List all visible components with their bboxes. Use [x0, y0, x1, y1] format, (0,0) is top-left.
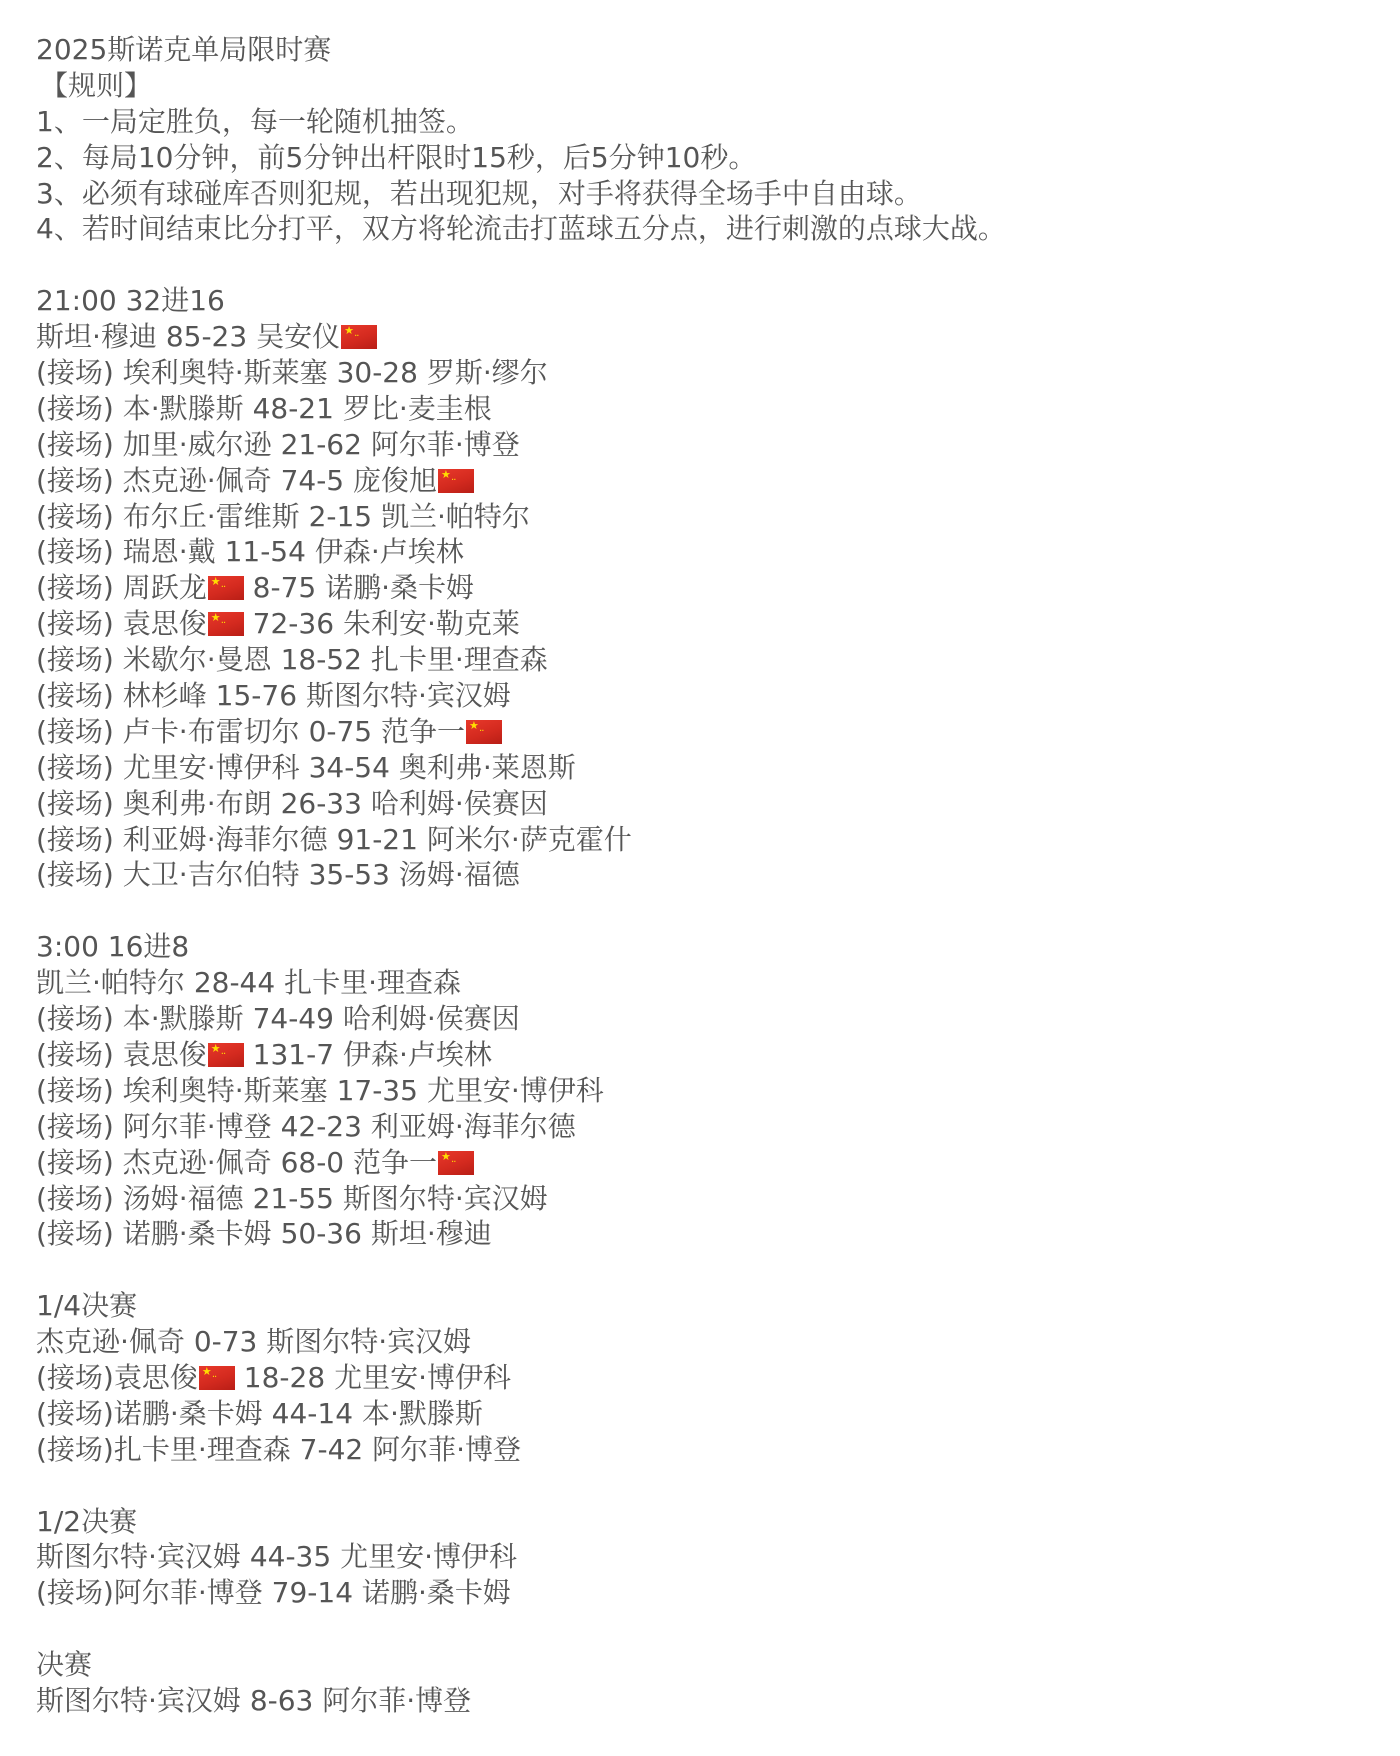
player-1-name: 诺鹏·桑卡姆: [123, 1217, 272, 1250]
match-row: (接场) 本·默滕斯 74-49 哈利姆·侯赛因: [36, 1001, 1006, 1037]
player-1-name: 利亚姆·海菲尔德: [123, 823, 328, 856]
match-row: 斯图尔特·宾汉姆 8-63 阿尔菲·博登: [36, 1683, 1006, 1719]
player-1-name: 本·默滕斯: [123, 392, 244, 425]
match-score: 15-76: [216, 679, 297, 712]
match-row: (接场)阿尔菲·博登 79-14 诺鹏·桑卡姆: [36, 1575, 1006, 1611]
player-1-name: 诺鹏·桑卡姆: [114, 1397, 263, 1430]
match-score: 18-28: [244, 1361, 325, 1394]
match-score: 74-49: [253, 1002, 334, 1035]
match-prefix: (接场): [36, 643, 123, 676]
china-flag-icon: [438, 469, 474, 493]
match-row: (接场) 阿尔菲·博登 42-23 利亚姆·海菲尔德: [36, 1109, 1006, 1145]
rules-heading: 【规则】: [36, 68, 1006, 104]
player-2-name: 汤姆·福德: [399, 858, 520, 891]
match-score: 34-54: [309, 751, 390, 784]
match-row: (接场) 汤姆·福德 21-55 斯图尔特·宾汉姆: [36, 1181, 1006, 1217]
rule-item: 4、若时间结束比分打平，双方将轮流击打蓝球五分点，进行刺激的点球大战。: [36, 211, 1006, 247]
china-flag-icon: [208, 612, 244, 636]
blank-line: [36, 1468, 1006, 1504]
match-row: (接场) 埃利奥特·斯莱塞 30-28 罗斯·缪尔: [36, 355, 1006, 391]
match-row: (接场) 杰克逊·佩奇 68-0 范争一: [36, 1145, 1006, 1181]
round-heading: 21:00 32进16: [36, 283, 1006, 319]
player-1-name: 阿尔菲·博登: [114, 1576, 263, 1609]
match-score: 26-33: [281, 787, 362, 820]
match-row: (接场) 米歇尔·曼恩 18-52 扎卡里·理查森: [36, 642, 1006, 678]
match-score: 79-14: [272, 1576, 353, 1609]
match-row: (接场) 奥利弗·布朗 26-33 哈利姆·侯赛因: [36, 786, 1006, 822]
match-score: 35-53: [309, 858, 390, 891]
round-heading: 3:00 16进8: [36, 929, 1006, 965]
player-2-name: 朱利安·勒克莱: [343, 607, 520, 640]
china-flag-icon: [208, 576, 244, 600]
blank-line: [36, 893, 1006, 929]
blank-line: [36, 247, 1006, 283]
match-prefix: (接场): [36, 1074, 123, 1107]
match-prefix: (接场): [36, 823, 123, 856]
player-1-name: 杰克逊·佩奇: [123, 1146, 272, 1179]
player-1-name: 埃利奥特·斯莱塞: [123, 1074, 328, 1107]
player-1-name: 瑞恩·戴: [123, 535, 216, 568]
match-prefix: (接场): [36, 715, 123, 748]
match-prefix: (接场): [36, 787, 123, 820]
match-prefix: (接场): [36, 535, 123, 568]
player-2-name: 斯坦·穆迪: [371, 1217, 492, 1250]
match-row: (接场)诺鹏·桑卡姆 44-14 本·默滕斯: [36, 1396, 1006, 1432]
match-score: 8-75: [253, 571, 317, 604]
match-score: 44-14: [272, 1397, 353, 1430]
player-2-name: 凯兰·帕特尔: [381, 500, 530, 533]
player-1-name: 埃利奥特·斯莱塞: [123, 356, 328, 389]
player-2-name: 伊森·卢埃林: [343, 1038, 492, 1071]
player-1-name: 大卫·吉尔伯特: [123, 858, 300, 891]
player-1-name: 加里·威尔逊: [123, 428, 272, 461]
player-2-name: 范争一: [381, 715, 465, 748]
match-score: 0-75: [309, 715, 373, 748]
match-score: 21-55: [253, 1182, 334, 1215]
match-score: 2-15: [309, 500, 373, 533]
player-1-name: 阿尔菲·博登: [123, 1110, 272, 1143]
match-prefix: (接场): [36, 1182, 123, 1215]
player-1-name: 袁思俊: [123, 1038, 207, 1071]
player-2-name: 阿尔菲·博登: [371, 428, 520, 461]
player-2-name: 扎卡里·理查森: [371, 643, 548, 676]
match-row: (接场) 卢卡·布雷切尔 0-75 范争一: [36, 714, 1006, 750]
match-row: (接场) 诺鹏·桑卡姆 50-36 斯坦·穆迪: [36, 1216, 1006, 1252]
round-heading: 1/4决赛: [36, 1288, 1006, 1324]
player-1-name: 奥利弗·布朗: [123, 787, 272, 820]
player-2-name: 吴安仪: [256, 320, 340, 353]
rule-item: 3、必须有球碰库否则犯规，若出现犯规，对手将获得全场手中自由球。: [36, 176, 1006, 212]
rounds-container: 21:00 32进16斯坦·穆迪 85-23 吴安仪(接场) 埃利奥特·斯莱塞 …: [36, 247, 1006, 1719]
match-row: (接场) 周跃龙 8-75 诺鹏·桑卡姆: [36, 570, 1006, 606]
match-score: 85-23: [166, 320, 247, 353]
player-1-name: 袁思俊: [114, 1361, 198, 1394]
player-2-name: 伊森·卢埃林: [315, 535, 464, 568]
player-1-name: 米歇尔·曼恩: [123, 643, 272, 676]
player-1-name: 斯坦·穆迪: [36, 320, 157, 353]
player-2-name: 阿尔菲·博登: [372, 1433, 521, 1466]
match-row: 凯兰·帕特尔 28-44 扎卡里·理查森: [36, 965, 1006, 1001]
player-2-name: 阿米尔·萨克霍什: [427, 823, 632, 856]
match-prefix: (接场): [36, 1361, 114, 1394]
match-score: 131-7: [253, 1038, 334, 1071]
match-prefix: (接场): [36, 464, 123, 497]
match-row: (接场) 大卫·吉尔伯特 35-53 汤姆·福德: [36, 857, 1006, 893]
match-prefix: (接场): [36, 392, 123, 425]
rule-item: 2、每局10分钟，前5分钟出杆限时15秒，后5分钟10秒。: [36, 140, 1006, 176]
match-prefix: (接场): [36, 1110, 123, 1143]
match-row: (接场) 袁思俊 72-36 朱利安·勒克莱: [36, 606, 1006, 642]
player-2-name: 斯图尔特·宾汉姆: [343, 1182, 548, 1215]
match-prefix: (接场): [36, 751, 123, 784]
match-score: 50-36: [281, 1217, 362, 1250]
player-2-name: 斯图尔特·宾汉姆: [266, 1325, 471, 1358]
match-score: 74-5: [281, 464, 345, 497]
player-2-name: 诺鹏·桑卡姆: [362, 1576, 511, 1609]
china-flag-icon: [438, 1151, 474, 1175]
match-score: 28-44: [194, 966, 275, 999]
player-2-name: 罗斯·缪尔: [427, 356, 548, 389]
match-score: 0-73: [194, 1325, 258, 1358]
match-prefix: (接场): [36, 356, 123, 389]
china-flag-icon: [208, 1043, 244, 1067]
match-prefix: (接场): [36, 679, 123, 712]
match-row: 斯坦·穆迪 85-23 吴安仪: [36, 319, 1006, 355]
match-prefix: (接场): [36, 1217, 123, 1250]
match-row: (接场) 瑞恩·戴 11-54 伊森·卢埃林: [36, 534, 1006, 570]
player-1-name: 凯兰·帕特尔: [36, 966, 185, 999]
player-2-name: 罗比·麦圭根: [343, 392, 492, 425]
player-2-name: 尤里安·博伊科: [340, 1540, 517, 1573]
round-heading: 决赛: [36, 1647, 1006, 1683]
player-1-name: 林杉峰: [123, 679, 207, 712]
round-heading: 1/2决赛: [36, 1504, 1006, 1540]
player-2-name: 庞俊旭: [353, 464, 437, 497]
player-1-name: 布尔丘·雷维斯: [123, 500, 300, 533]
match-prefix: (接场): [36, 428, 123, 461]
player-2-name: 诺鹏·桑卡姆: [325, 571, 474, 604]
match-score: 44-35: [250, 1540, 331, 1573]
match-prefix: (接场): [36, 607, 123, 640]
player-1-name: 杰克逊·佩奇: [123, 464, 272, 497]
match-score: 68-0: [281, 1146, 345, 1179]
player-1-name: 周跃龙: [123, 571, 207, 604]
player-2-name: 奥利弗·莱恩斯: [399, 751, 576, 784]
match-row: (接场) 尤里安·博伊科 34-54 奥利弗·莱恩斯: [36, 750, 1006, 786]
player-1-name: 袁思俊: [123, 607, 207, 640]
player-2-name: 范争一: [353, 1146, 437, 1179]
player-2-name: 尤里安·博伊科: [427, 1074, 604, 1107]
match-score: 11-54: [225, 535, 306, 568]
player-2-name: 斯图尔特·宾汉姆: [306, 679, 511, 712]
match-score: 18-52: [281, 643, 362, 676]
match-score: 91-21: [337, 823, 418, 856]
match-prefix: (接场): [36, 1002, 123, 1035]
match-prefix: (接场): [36, 1038, 123, 1071]
match-row: 杰克逊·佩奇 0-73 斯图尔特·宾汉姆: [36, 1324, 1006, 1360]
player-2-name: 利亚姆·海菲尔德: [371, 1110, 576, 1143]
match-score: 30-28: [337, 356, 418, 389]
china-flag-icon: [199, 1366, 235, 1390]
player-1-name: 尤里安·博伊科: [123, 751, 300, 784]
match-prefix: (接场): [36, 500, 123, 533]
match-row: (接场) 埃利奥特·斯莱塞 17-35 尤里安·博伊科: [36, 1073, 1006, 1109]
match-prefix: (接场): [36, 1576, 114, 1609]
document-title: 2025斯诺克单局限时赛: [36, 32, 1006, 68]
china-flag-icon: [341, 325, 377, 349]
blank-line: [36, 1252, 1006, 1288]
player-2-name: 本·默滕斯: [362, 1397, 483, 1430]
tournament-document: 2025斯诺克单局限时赛 【规则】 1、一局定胜负，每一轮随机抽签。 2、每局1…: [36, 32, 1006, 1719]
match-score: 72-36: [253, 607, 334, 640]
player-2-name: 阿尔菲·博登: [322, 1684, 471, 1717]
match-row: (接场) 加里·威尔逊 21-62 阿尔菲·博登: [36, 427, 1006, 463]
china-flag-icon: [466, 720, 502, 744]
match-row: (接场)扎卡里·理查森 7-42 阿尔菲·博登: [36, 1432, 1006, 1468]
rule-item: 1、一局定胜负，每一轮随机抽签。: [36, 104, 1006, 140]
player-1-name: 汤姆·福德: [123, 1182, 244, 1215]
player-2-name: 哈利姆·侯赛因: [343, 1002, 520, 1035]
match-row: (接场)袁思俊 18-28 尤里安·博伊科: [36, 1360, 1006, 1396]
match-row: (接场) 袁思俊 131-7 伊森·卢埃林: [36, 1037, 1006, 1073]
match-prefix: (接场): [36, 858, 123, 891]
player-2-name: 哈利姆·侯赛因: [371, 787, 548, 820]
player-1-name: 斯图尔特·宾汉姆: [36, 1684, 241, 1717]
player-1-name: 卢卡·布雷切尔: [123, 715, 300, 748]
match-row: (接场) 杰克逊·佩奇 74-5 庞俊旭: [36, 463, 1006, 499]
player-2-name: 尤里安·博伊科: [334, 1361, 511, 1394]
player-1-name: 斯图尔特·宾汉姆: [36, 1540, 241, 1573]
player-1-name: 扎卡里·理查森: [114, 1433, 291, 1466]
match-prefix: (接场): [36, 571, 123, 604]
player-1-name: 杰克逊·佩奇: [36, 1325, 185, 1358]
match-score: 7-42: [300, 1433, 364, 1466]
match-score: 21-62: [281, 428, 362, 461]
match-prefix: (接场): [36, 1433, 114, 1466]
match-score: 8-63: [250, 1684, 314, 1717]
match-score: 42-23: [281, 1110, 362, 1143]
match-score: 48-21: [253, 392, 334, 425]
match-row: (接场) 利亚姆·海菲尔德 91-21 阿米尔·萨克霍什: [36, 822, 1006, 858]
match-prefix: (接场): [36, 1146, 123, 1179]
match-row: (接场) 本·默滕斯 48-21 罗比·麦圭根: [36, 391, 1006, 427]
match-row: 斯图尔特·宾汉姆 44-35 尤里安·博伊科: [36, 1539, 1006, 1575]
blank-line: [36, 1611, 1006, 1647]
player-2-name: 扎卡里·理查森: [284, 966, 461, 999]
match-score: 17-35: [337, 1074, 418, 1107]
match-row: (接场) 布尔丘·雷维斯 2-15 凯兰·帕特尔: [36, 499, 1006, 535]
match-row: (接场) 林杉峰 15-76 斯图尔特·宾汉姆: [36, 678, 1006, 714]
player-1-name: 本·默滕斯: [123, 1002, 244, 1035]
match-prefix: (接场): [36, 1397, 114, 1430]
